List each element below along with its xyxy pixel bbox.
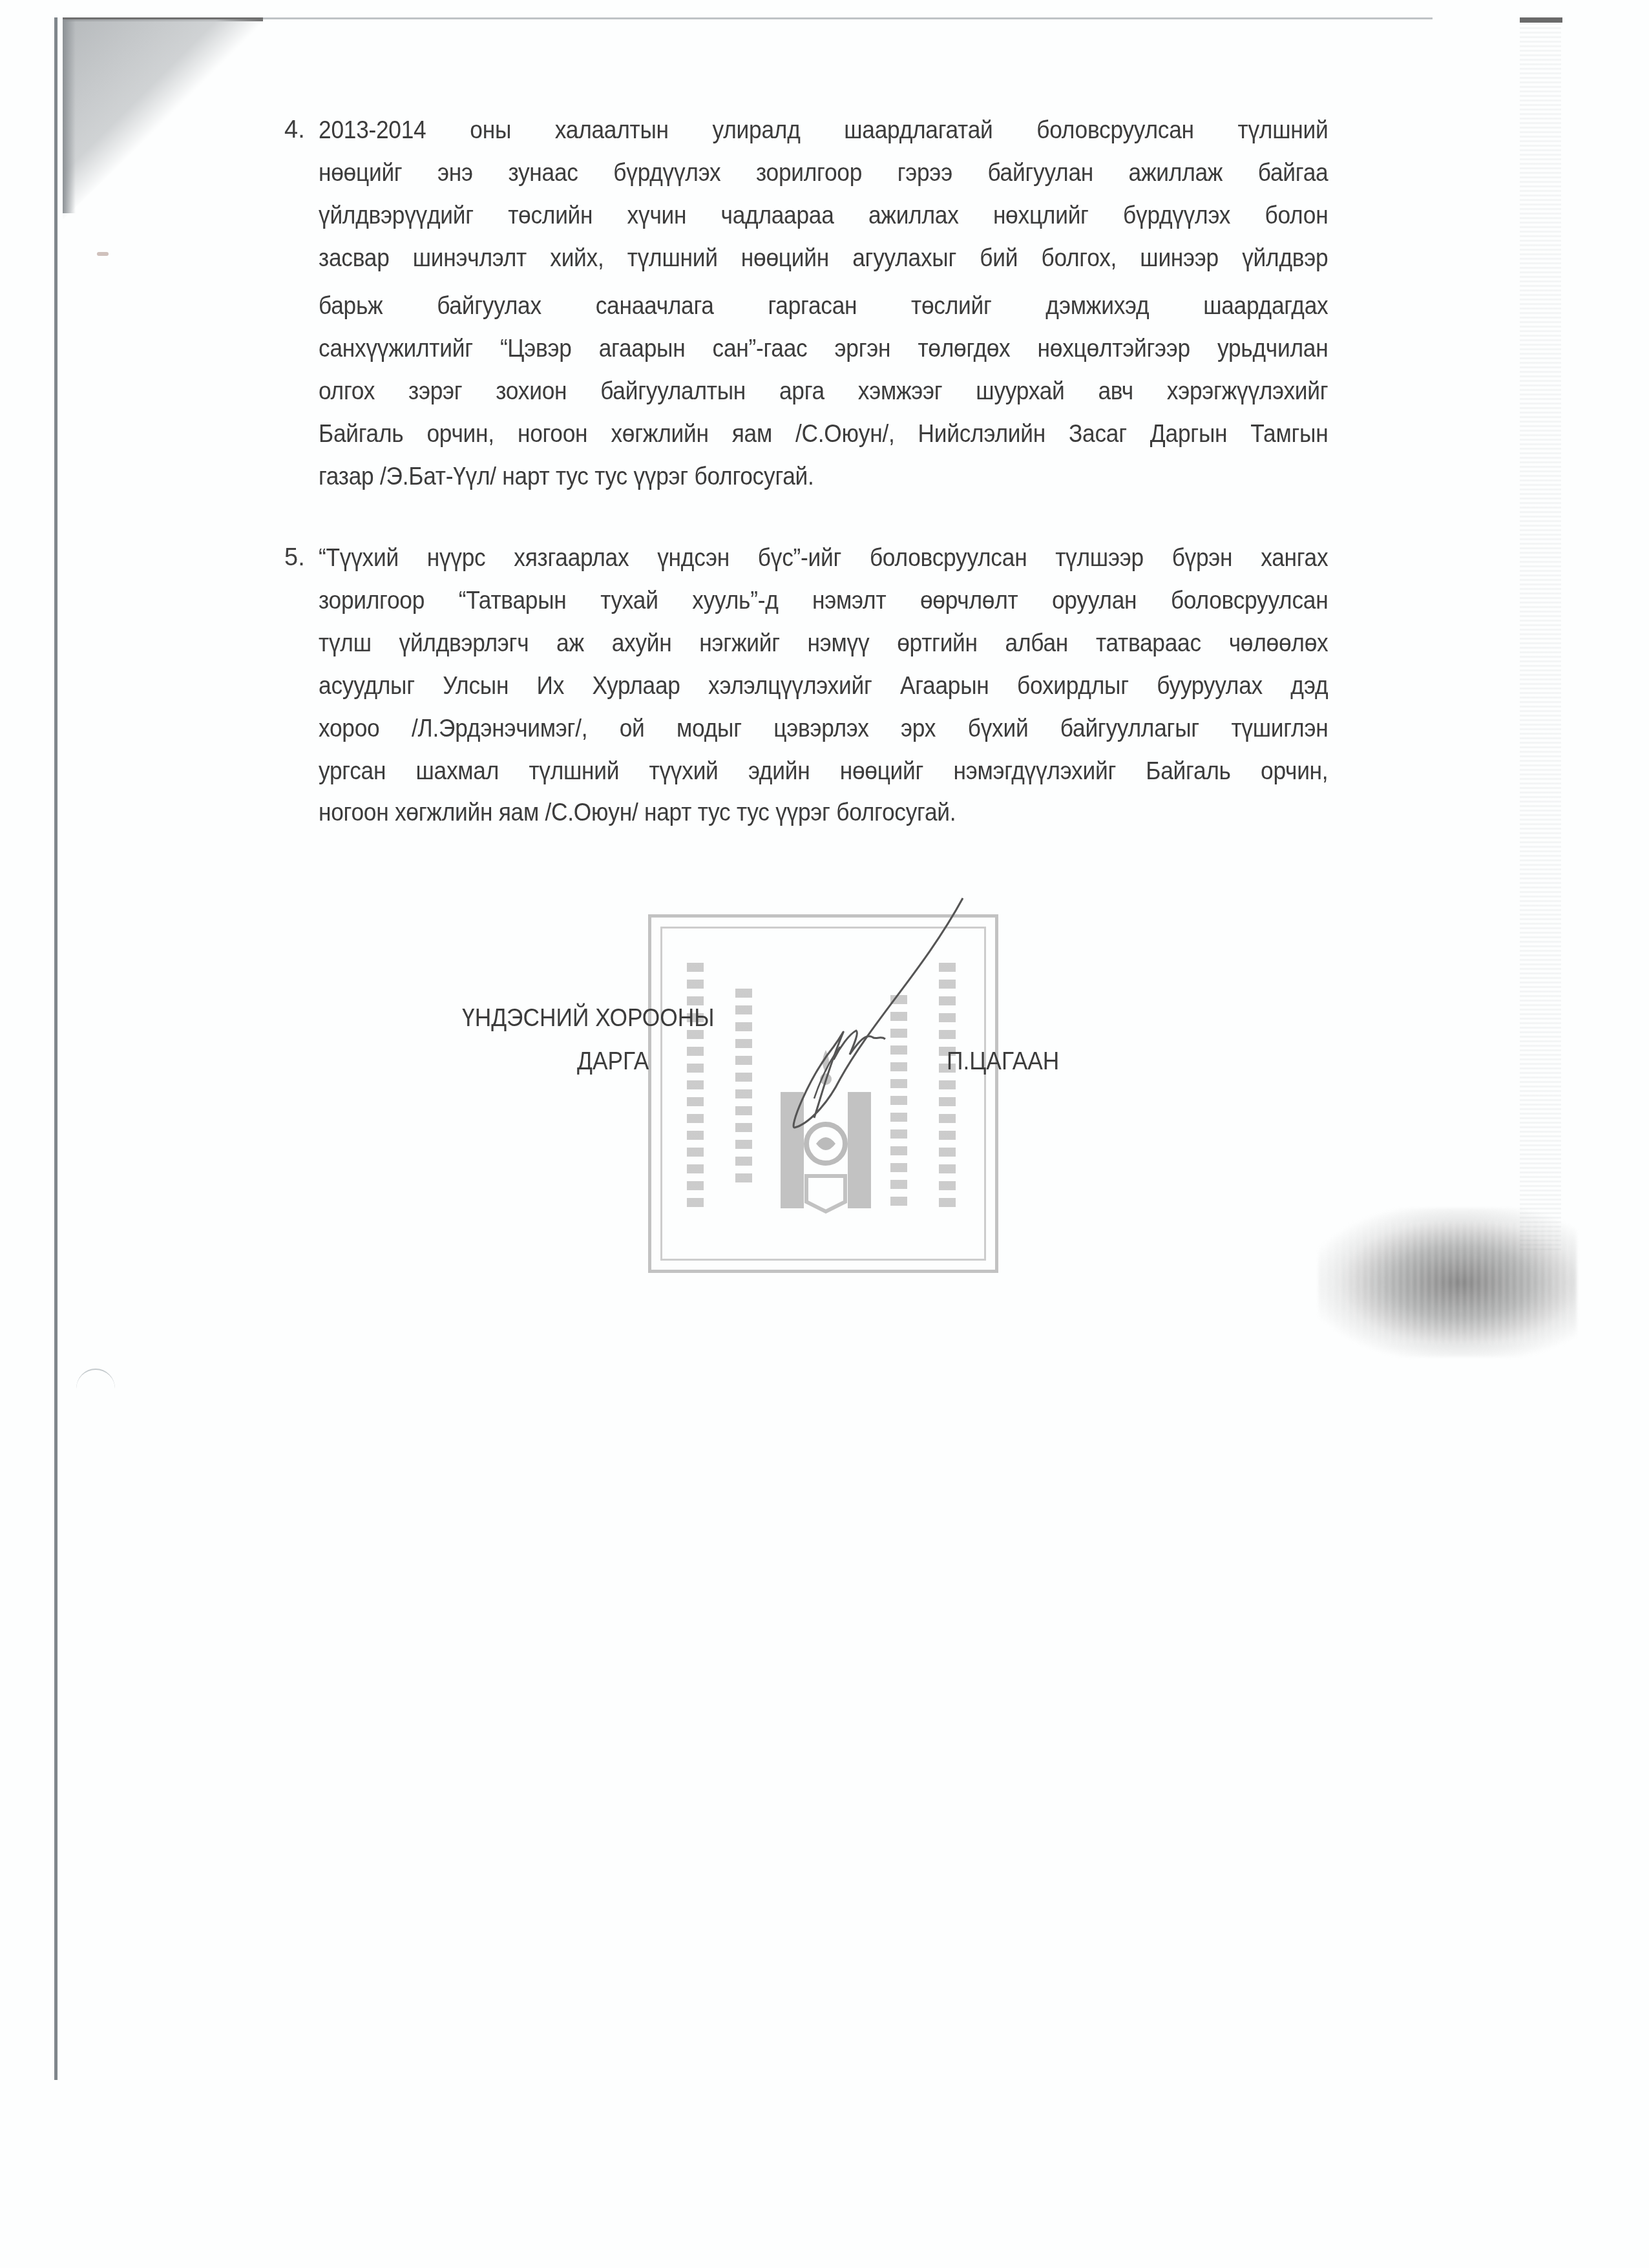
toner-smudge — [1318, 1208, 1577, 1357]
scan-speck — [97, 252, 109, 256]
item-line: нөөцийг энэ зунаас бүрдүүлэх зорилгоор г… — [319, 159, 1328, 187]
scan-left-shadow — [63, 19, 76, 213]
item-line: 2013-2014 оны халаалтын улиралд шаардлаг… — [319, 116, 1328, 145]
item-line: ургсан шахмал түлшний түүхий эдийн нөөци… — [319, 757, 1328, 786]
item-line: асуудлыг Улсын Их Хурлаар хэлэлцүүлэхийг… — [319, 672, 1328, 700]
mongolian-script-left — [687, 963, 704, 1208]
item-number: 5. — [284, 544, 305, 572]
signatory-role: ДАРГА — [577, 1048, 649, 1076]
scan-edge-top — [63, 17, 1433, 19]
handwritten-signature-icon — [711, 885, 982, 1144]
item-line: ногоон хөгжлийн яам /С.Оюун/ нарт тус ту… — [319, 799, 1328, 827]
item-line: түлш үйлдвэрлэгч аж ахуйн нэгжийг нэмүү … — [319, 629, 1328, 658]
item-line: барьж байгуулах санаачлага гаргасан төсл… — [319, 292, 1328, 320]
item-line: санхүүжилтийг “Цэвэр агаарын сан”-гаас э… — [319, 335, 1328, 363]
scan-edge-right-dark — [1520, 17, 1562, 23]
item-line: хороо /Л.Эрдэнэчимэг/, ой модыг цэвэрлэх… — [319, 715, 1328, 743]
item-line: Байгаль орчин, ногоон хөгжлийн яам /С.Ою… — [319, 420, 1328, 448]
scan-edge-left — [54, 17, 58, 2080]
item-number: 4. — [284, 116, 305, 144]
scan-arc-mark — [76, 1369, 115, 1409]
scan-edge-right-strip — [1520, 23, 1561, 1250]
item-line: зорилгоор “Татварын тухай хууль”-д нэмэл… — [319, 587, 1328, 615]
item-line: үйлдвэрүүдийг төслийн хүчин чадлаараа аж… — [319, 202, 1328, 230]
item-line: засвар шинэчлэлт хийх, түлшний нөөцийн а… — [319, 244, 1328, 273]
item-line: олгох зэрэг зохион байгуулалтын арга хэм… — [319, 377, 1328, 406]
item-line: газар /Э.Бат-Үүл/ нарт тус тус үүрэг бол… — [319, 463, 1328, 491]
folded-corner-shadow — [63, 19, 269, 220]
item-line: “Түүхий нүүрс хязгаарлах үндсэн бүс”-ийг… — [319, 544, 1328, 572]
signatory-title: ҮНДЭСНИЙ ХОРООНЫ — [462, 1005, 715, 1033]
